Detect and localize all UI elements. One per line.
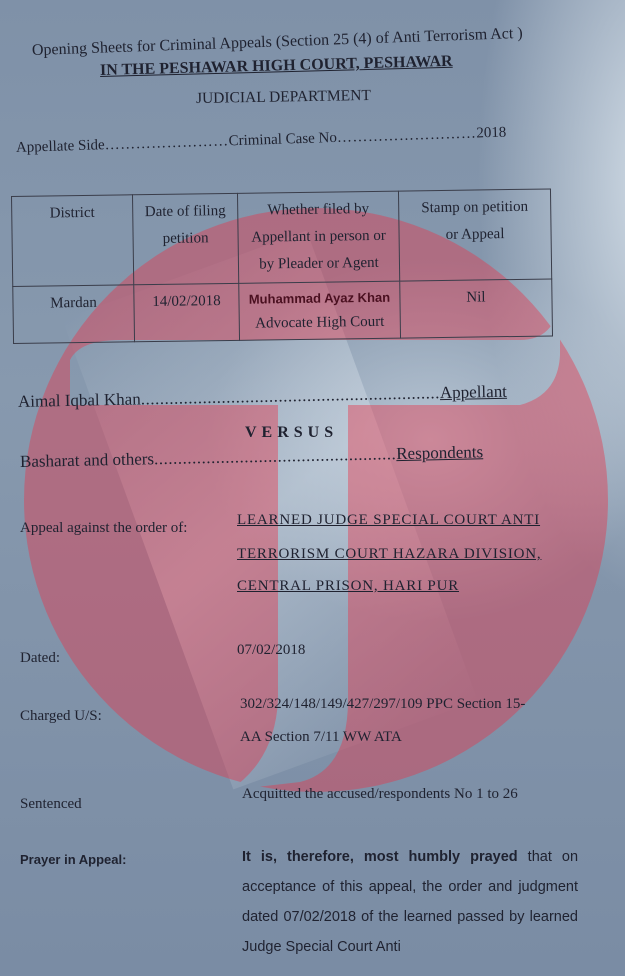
table-row: Mardan 14/02/2018 Muhammad Ayaz KhanAdvo… xyxy=(13,279,553,344)
sentenced-value: Acquitted the accused/respondents No 1 t… xyxy=(242,786,518,803)
filing-table: District Date of filingpetition Whether … xyxy=(11,188,553,344)
appeal-against-label: Appeal against the order of: xyxy=(20,520,187,537)
respondent-line: Basharat and others.....................… xyxy=(20,442,484,472)
case-year: 2018 xyxy=(476,125,506,142)
versus-label: VERSUS xyxy=(245,424,338,442)
sentenced-label: Sentenced xyxy=(20,796,82,813)
charged-line1: 302/324/148/149/427/297/109 PPC Section … xyxy=(240,696,525,713)
appeal-against-line3: CENTRAL PRISON, HARI PUR xyxy=(237,578,459,595)
cell-date-of-filing: 14/02/2018 xyxy=(134,283,240,341)
dated-value: 07/02/2018 xyxy=(237,642,305,659)
header-stamp: Stamp on petitionor Appeal xyxy=(398,189,551,281)
dots: ……………………… xyxy=(337,126,477,146)
case-number-line: Appellate Side……………………Criminal Case No……… xyxy=(16,125,507,157)
appeal-against-line2: TERRORISM COURT HAZARA DIVISION, xyxy=(237,546,541,563)
cell-advocate: Muhammad Ayaz KhanAdvocate High Court xyxy=(239,281,401,340)
dated-label: Dated: xyxy=(20,650,60,667)
charged-label: Charged U/S: xyxy=(20,708,102,725)
header-district: District xyxy=(12,195,134,287)
appellant-name: Aimal Iqbal Khan xyxy=(18,389,141,411)
respondent-name: Basharat and others xyxy=(20,449,154,471)
cell-district: Mardan xyxy=(13,285,135,344)
criminal-case-label: Criminal Case No xyxy=(228,130,337,149)
respondent-role: Respondents xyxy=(396,442,483,463)
prayer-text: It is, therefore, most humbly prayed tha… xyxy=(242,842,578,962)
dots: …………………… xyxy=(104,133,228,153)
charged-line2: AA Section 7/11 WW ATA xyxy=(240,729,402,746)
prayer-label: Prayer in Appeal: xyxy=(20,852,126,867)
document-page: Opening Sheets for Criminal Appeals (Sec… xyxy=(0,0,625,976)
table-header-row: District Date of filingpetition Whether … xyxy=(12,189,552,287)
header-date-of-filing: Date of filingpetition xyxy=(132,193,238,284)
heading-court: IN THE PESHAWAR HIGH COURT, PESHAWAR xyxy=(100,53,453,80)
appeal-against-line1: LEARNED JUDGE SPECIAL COURT ANTI xyxy=(237,512,540,529)
advocate-title: Advocate High Court xyxy=(255,314,384,332)
appellate-side-label: Appellate Side xyxy=(16,137,105,156)
heading-department: JUDICIAL DEPARTMENT xyxy=(196,87,371,108)
cell-stamp: Nil xyxy=(400,279,553,338)
appellant-role: Appellant xyxy=(440,382,507,402)
header-filed-by: Whether filed byAppellant in person orby… xyxy=(237,191,399,283)
advocate-name: Muhammad Ayaz Khan xyxy=(249,290,391,307)
appellant-line: Aimal Iqbal Khan........................… xyxy=(18,382,507,412)
